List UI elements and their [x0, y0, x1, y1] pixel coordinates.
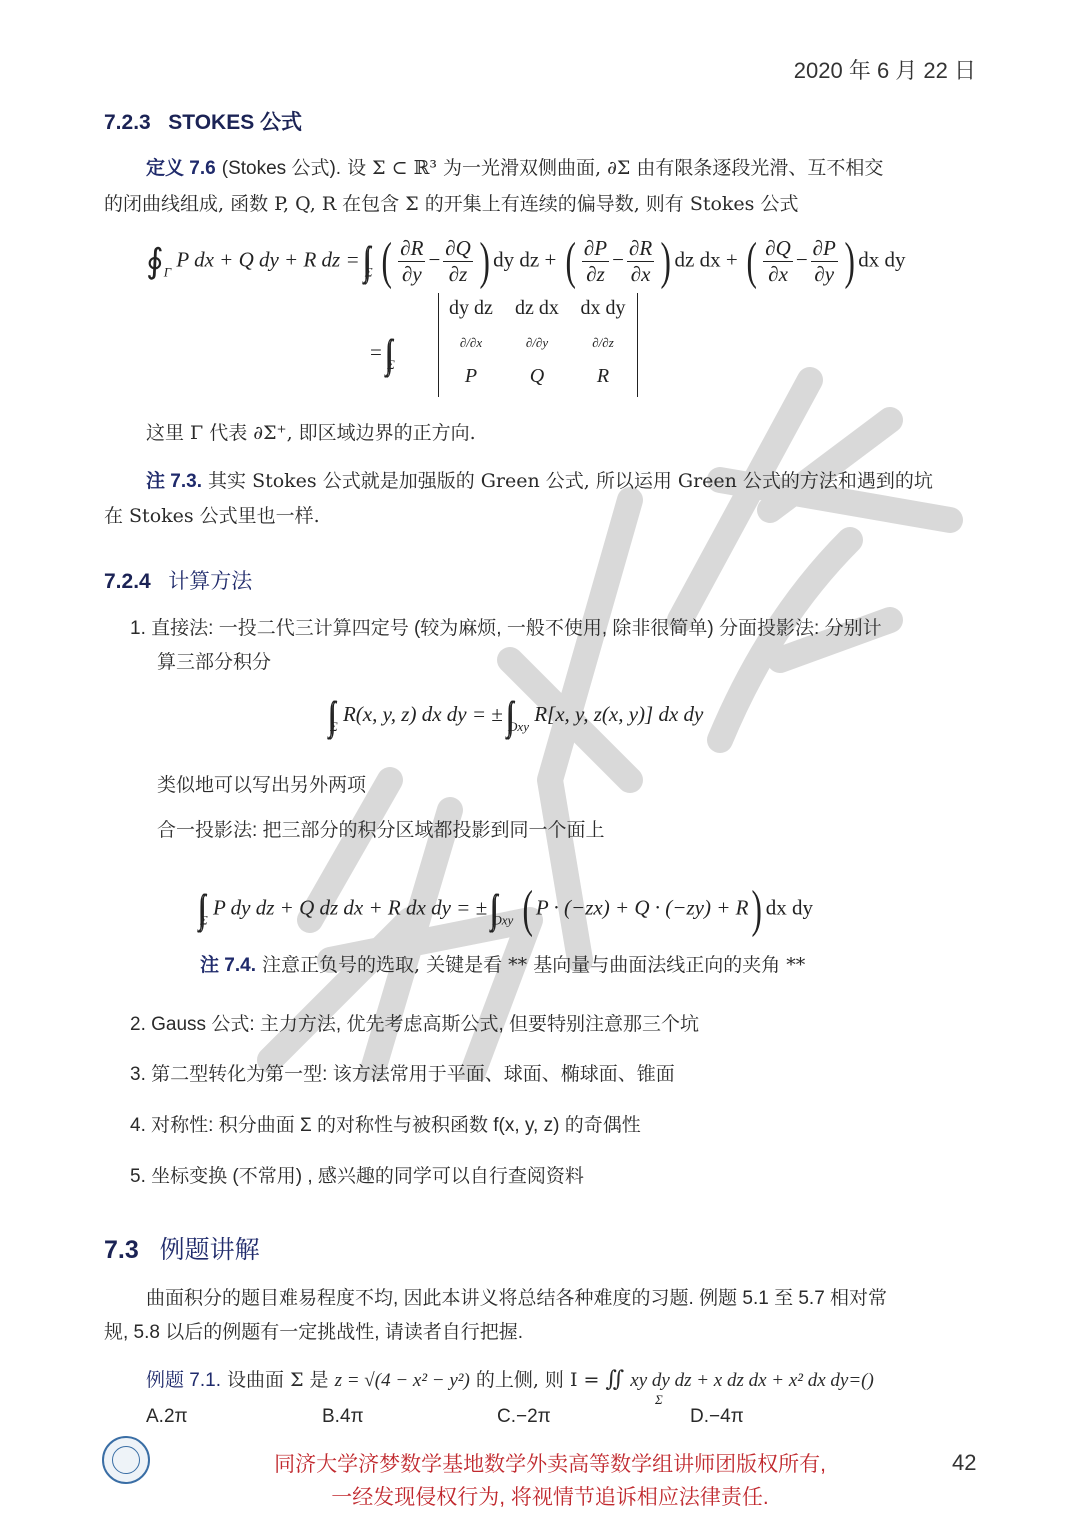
paren-right: )	[661, 232, 671, 291]
note-label: 注 7.3.	[146, 471, 202, 492]
example-integrand: xy dy dz + x dz dx + x² dx dy=()	[630, 1370, 874, 1391]
option-c[interactable]: C.−2π	[497, 1406, 551, 1428]
note-text: 注意正负号的选取, 关键是看 ** 基向量与曲面法线正向的夹角 **	[262, 954, 805, 976]
section-title: STOKES 公式	[168, 111, 302, 134]
determinant-matrix: dy dz dz dx dx dy ∂/∂x ∂/∂y ∂/∂z P Q R	[438, 293, 638, 397]
section-number: 7.2.4	[104, 570, 151, 593]
list-item-3: 3. 第二型转化为第一型: 该方法常用于平面、球面、椭球面、锥面	[130, 1059, 675, 1086]
definition-line-1: 定义 7.6 (Stokes 公式). 设 Σ ⊂ ℝ³ 为一光滑双侧曲面, ∂…	[146, 153, 883, 180]
list-item-2: 2. Gauss 公式: 主力方法, 优先考虑高斯公式, 但要特别注意那三个坑	[130, 1009, 699, 1036]
section-title: 计算方法	[168, 570, 252, 593]
section-number: 7.2.3	[104, 111, 151, 134]
logo-emblem-icon	[112, 1446, 140, 1474]
domain-subscript: Dxy	[508, 719, 529, 734]
page-date: 2020 年 6 月 22 日	[794, 54, 976, 85]
fraction: ∂R∂y	[398, 236, 425, 287]
surface-subscript: Σ	[200, 912, 208, 927]
list-number: 2.	[130, 1014, 146, 1035]
option-b[interactable]: B.4π	[322, 1406, 364, 1428]
paren-right: )	[752, 880, 762, 939]
list-number: 4.	[130, 1115, 146, 1136]
det-cell: ∂/∂y	[505, 335, 569, 351]
fraction: ∂P∂y	[811, 236, 838, 287]
definition-line-2: 的闭曲线组成, 函数 P, Q, R 在包含 Σ 的开集上有连续的偏导数, 则有…	[104, 189, 798, 216]
list-number: 3.	[130, 1064, 146, 1085]
list-item-1-line-2: 算三部分积分	[157, 647, 271, 674]
formula-lhs: R(x, y, z) dx dy = ±	[343, 702, 503, 726]
section-number: 7.3	[104, 1236, 139, 1264]
formula-rhs: P · (−zx) + Q · (−zy) + R	[536, 895, 749, 919]
formula-term-diff: dx dy	[858, 247, 905, 271]
paren-right: )	[844, 232, 854, 291]
surface-subscript: Σ	[387, 357, 395, 372]
det-cell: ∂/∂x	[439, 335, 503, 351]
paren-left: (	[746, 232, 756, 291]
fraction: ∂R∂x	[627, 236, 654, 287]
example-label: 例题 7.1.	[146, 1370, 221, 1391]
det-cell: dx dy	[571, 297, 635, 320]
example-text: 设曲面 Σ 是	[227, 1369, 329, 1391]
copyright-line-1: 同济大学济梦数学基地数学外卖高等数学组讲师团版权所有,	[240, 1448, 860, 1478]
similar-terms-text: 类似地可以写出另外两项	[157, 770, 366, 797]
equals-sign: =	[370, 340, 382, 364]
contour-subscript: Γ	[164, 264, 171, 279]
contour-integral-icon: ∮	[146, 243, 164, 280]
fraction: ∂P∂z	[582, 236, 609, 287]
list-text: Gauss 公式: 主力方法, 优先考虑高斯公式, 但要特别注意那三个坑	[151, 1014, 699, 1035]
document-page: 2020 年 6 月 22 日 7.2.3 STOKES 公式 定义 7.6 (…	[0, 0, 1080, 1528]
integral-subscript: Σ	[655, 1392, 663, 1408]
copyright-line-2: 一经发现侵权行为, 将视情节追诉相应法律责任.	[240, 1481, 860, 1511]
section-heading-7-2-4: 7.2.4 计算方法	[104, 565, 252, 595]
list-text: 对称性: 积分曲面 Σ 的对称性与被积函数 f(x, y, z) 的奇偶性	[151, 1115, 641, 1136]
example-text: 的上侧, 则 I =	[476, 1369, 600, 1391]
section-intro-line-1: 曲面积分的题目难易程度不均, 因此本讲义将总结各种难度的习题. 例题 5.1 至…	[146, 1283, 887, 1310]
option-d[interactable]: D.−4π	[690, 1406, 744, 1428]
definition-label: 定义 7.6	[146, 158, 216, 179]
combined-projection-formula: ∫∫Σ P dy dz + Q dz dx + R dx dy = ± ∫∫Dx…	[200, 880, 813, 939]
paren-right: )	[479, 232, 489, 291]
formula-tail: dx dy	[766, 895, 813, 919]
det-cell: Q	[505, 365, 569, 388]
paren-left: (	[565, 232, 575, 291]
det-cell: ∂/∂z	[571, 335, 635, 351]
stokes-formula-line-1: ∮Γ P dx + Q dy + R dz = ∫∫Σ (∂R∂y−∂Q∂z)d…	[146, 232, 905, 291]
page-number: 42	[952, 1450, 976, 1476]
formula-lhs: P dx + Q dy + R dz =	[176, 247, 359, 271]
fraction: ∂Q∂x	[763, 236, 793, 287]
formula-term-diff: dy dz +	[493, 247, 556, 271]
surface-subscript: Σ	[365, 264, 373, 279]
list-number: 1.	[130, 618, 146, 639]
domain-subscript: Dxy	[492, 912, 513, 927]
list-text: 第二型转化为第一型: 该方法常用于平面、球面、椭球面、锥面	[151, 1064, 675, 1085]
formula-term-diff: dz dx +	[675, 247, 738, 271]
list-item-5: 5. 坐标变换 (不常用) , 感兴趣的同学可以自行查阅资料	[130, 1161, 584, 1188]
det-cell: dy dz	[439, 297, 503, 320]
paren-left: (	[381, 232, 391, 291]
example-formula: z = √(4 − x² − y²)	[335, 1370, 470, 1391]
definition-name: (Stokes 公式).	[222, 158, 341, 179]
list-text: 坐标变换 (不常用) , 感兴趣的同学可以自行查阅资料	[151, 1166, 584, 1187]
double-integral-icon: ∬	[605, 1367, 624, 1392]
section-heading-7-2-3: 7.2.3 STOKES 公式	[104, 106, 302, 136]
note-label: 注 7.4.	[200, 955, 256, 976]
list-item-1-line-1: 1. 直接法: 一投二代三计算四定号 (较为麻烦, 一般不使用, 除非很简单) …	[130, 613, 882, 640]
note-7-3-line-1: 注 7.3. 其实 Stokes 公式就是加强版的 Green 公式, 所以运用…	[146, 466, 933, 493]
list-text: 直接法: 一投二代三计算四定号 (较为麻烦, 一般不使用, 除非很简单) 分面投…	[151, 618, 881, 639]
note-7-3-line-2: 在 Stokes 公式里也一样.	[104, 501, 320, 528]
note-text: 其实 Stokes 公式就是加强版的 Green 公式, 所以运用 Green …	[208, 470, 933, 492]
det-cell: dz dx	[505, 297, 569, 320]
stokes-formula-line-2: = ∫∫Σ	[370, 330, 395, 377]
projection-formula: ∫∫Σ R(x, y, z) dx dy = ± ∫∫Dxy R[x, y, z…	[330, 692, 703, 739]
definition-text-1: 设 Σ ⊂ ℝ³ 为一光滑双侧曲面, ∂Σ 由有限条逐段光滑、互不相交	[347, 157, 883, 179]
note-7-4: 注 7.4. 注意正负号的选取, 关键是看 ** 基向量与曲面法线正向的夹角 *…	[200, 950, 805, 977]
combined-projection-text: 合一投影法: 把三部分的积分区域都投影到同一个面上	[157, 815, 605, 842]
formula-rhs: R[x, y, z(x, y)] dx dy	[534, 702, 703, 726]
fraction: ∂Q∂z	[443, 236, 473, 287]
section-title: 例题讲解	[160, 1236, 260, 1264]
university-logo	[102, 1436, 150, 1484]
section-intro-line-2: 规, 5.8 以后的例题有一定挑战性, 请读者自行把握.	[104, 1317, 523, 1344]
option-a[interactable]: A.2π	[146, 1406, 188, 1428]
surface-subscript: Σ	[330, 719, 338, 734]
det-cell: P	[439, 365, 503, 388]
section-heading-7-3: 7.3 例题讲解	[104, 1230, 260, 1266]
det-cell: R	[571, 365, 635, 388]
list-item-4: 4. 对称性: 积分曲面 Σ 的对称性与被积函数 f(x, y, z) 的奇偶性	[130, 1110, 641, 1137]
formula-lhs: P dy dz + Q dz dx + R dx dy = ±	[213, 895, 487, 919]
boundary-explanation: 这里 Γ 代表 ∂Σ⁺, 即区域边界的正方向.	[146, 418, 476, 445]
paren-left: (	[522, 880, 532, 939]
example-7-1: 例题 7.1. 设曲面 Σ 是 z = √(4 − x² − y²) 的上侧, …	[146, 1365, 874, 1392]
list-number: 5.	[130, 1166, 146, 1187]
